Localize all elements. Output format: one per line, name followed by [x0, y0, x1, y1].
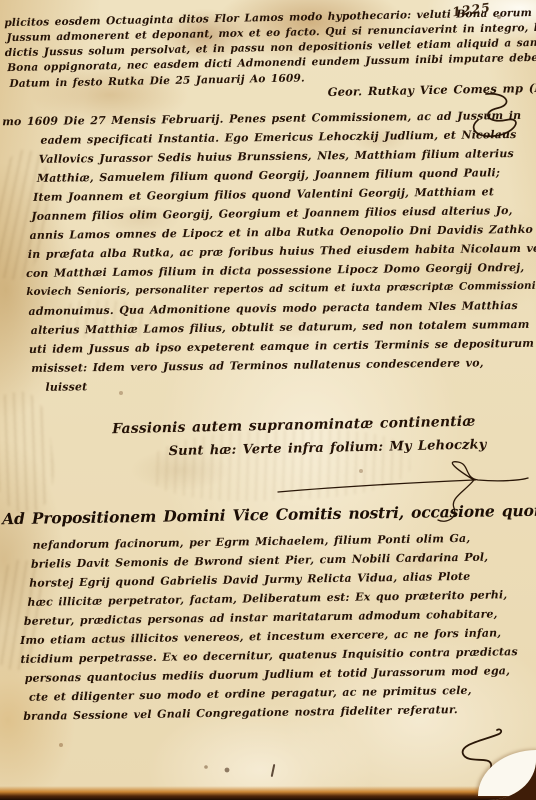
manuscript-line: cte et diligenter suo modo et ordine per…: [29, 684, 472, 704]
manuscript-line: horstej Egrij quond Gabrielis David Jurm…: [29, 570, 470, 590]
commission-paragraph: mo 1609 Die 27 Mensis Februarij. Penes p…: [2, 101, 536, 108]
manuscript-line: hæc illicitæ perpetrator, factam, Delibe…: [27, 588, 507, 609]
bleedthrough-text: [0, 389, 58, 515]
manuscript-line: annis Lamos omnes de Lipocz et in alba R…: [30, 223, 533, 242]
manuscript-line: koviech Senioris, personaliter repertos …: [26, 279, 536, 298]
manuscript-line: uti idem Jussus ab ipso expeterent eamqu…: [29, 336, 536, 356]
manuscript-line: personas quantocius mediis duorum Judliu…: [25, 664, 511, 685]
ink-stroke: [271, 764, 276, 777]
proposition-paragraph: Ad Propositionem Domini Vice Comitis nos…: [2, 501, 536, 509]
manuscript-line: mo 1609 Die 27 Mensis Februarij. Penes p…: [2, 109, 521, 128]
manuscript-line: Datum in festo Rutka Die 25 Januarij Ao …: [9, 72, 305, 90]
manuscript-line: Imo etiam actus illicitos venereos, et i…: [20, 626, 501, 647]
manuscript-line: beretur, prædictas personas ad instar ma…: [24, 607, 498, 627]
bleedthrough-text: [149, 425, 411, 504]
paragraph-heading: Ad Propositionem Domini Vice Comitis nos…: [2, 500, 536, 528]
manuscript-line: in præfata alba Rutka, ac præ foribus hu…: [28, 242, 536, 261]
manuscript-line: brielis Davit Semonis de Bwrond sient Pi…: [31, 551, 488, 571]
manuscript-line: Item Joannem et Georgium filios quond Va…: [33, 185, 494, 204]
manuscript-line: luisset: [45, 380, 87, 394]
manuscript-line: admonuimus. Qua Admonitione quovis modo …: [28, 299, 518, 318]
curled-corner: [478, 750, 536, 796]
manuscript-line: Vallovics Jurassor Sedis huius Brunssien…: [39, 147, 514, 166]
manuscript-page: 1225 plicitos eosdem Octuaginta ditos Fl…: [0, 0, 536, 800]
manuscript-line: misisset: Idem vero Jussus ad Terminos n…: [31, 356, 484, 375]
manuscript-line: ticidium perpetrasse. Ex eo decernitur, …: [20, 645, 518, 666]
manuscript-line: nefandorum facinorum, per Egrm Michaelem…: [33, 532, 471, 552]
manuscript-line: eadem specificati Instantia. Ego Emericu…: [40, 128, 516, 147]
manuscript-line: Sunt hæ: Verte infra folium: My Lehoczky: [169, 437, 487, 459]
vice-comes-signature: Geor. Rutkay Vice Comes mp (L.S.): [328, 80, 536, 99]
page-bottom-edge: [0, 786, 536, 800]
manuscript-line: Matthiæ, Samuelem filium quond Georgij, …: [37, 166, 500, 185]
ink-specks: [0, 0, 2, 2]
manuscript-line: alterius Matthiæ Lamos filius, obtulit s…: [31, 318, 530, 337]
manuscript-line: Joannem filios olim Georgij, Georgium et…: [31, 204, 512, 223]
fassio-note: Fassionis autem supranominatæ continenti…: [0, 412, 536, 423]
manuscript-line: branda Sessione vel Gnali Congregatione …: [23, 703, 458, 723]
manuscript-line: con Matthæi Lamos filium in dicta posses…: [26, 261, 524, 280]
manuscript-line: Fassionis autem supranominatæ continenti…: [112, 414, 476, 438]
